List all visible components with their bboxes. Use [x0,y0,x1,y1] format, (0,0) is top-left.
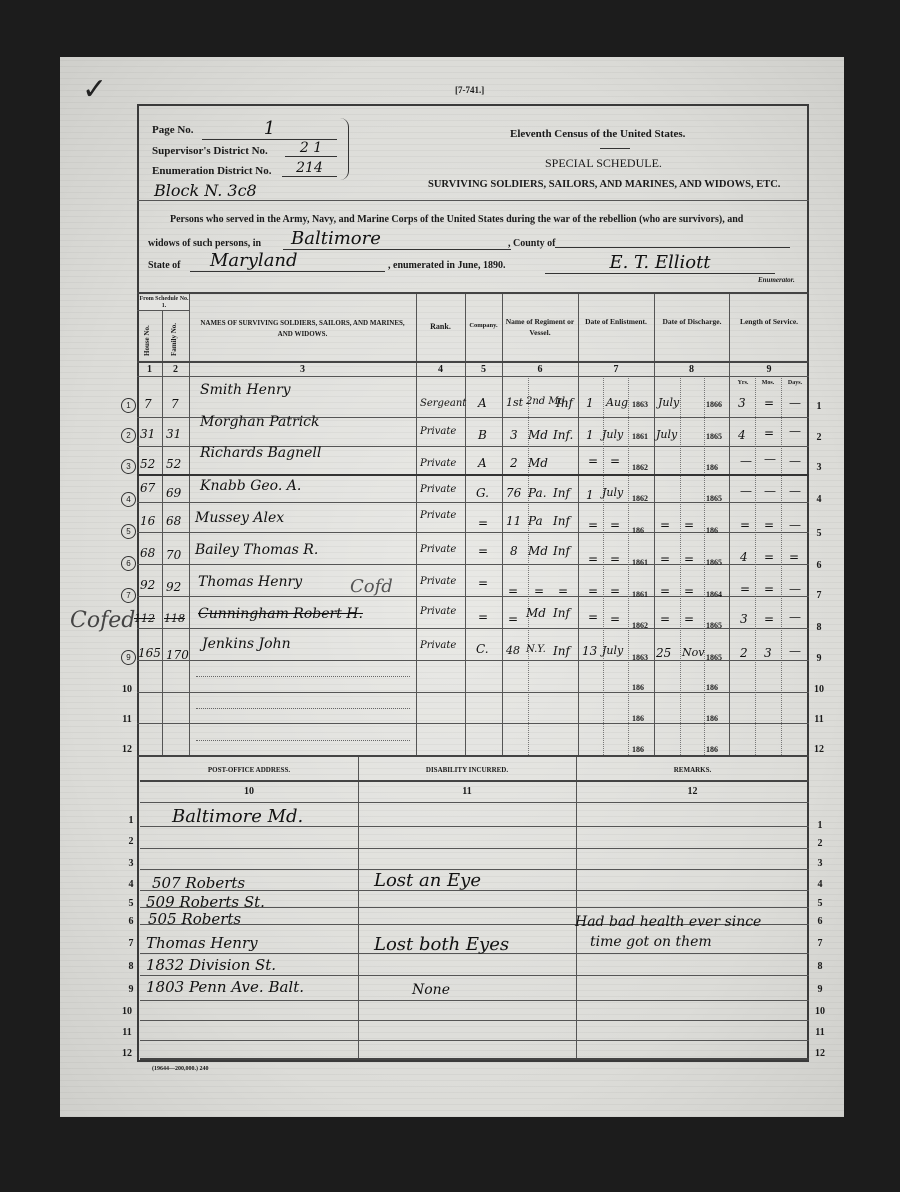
company: B [478,428,487,442]
regiment-no: 48 [506,644,520,657]
family-no: 69 [166,486,181,500]
line-number: 1 [812,401,826,412]
service-yrs: — [740,454,752,468]
col-number: 4 [416,364,465,375]
family-no: 7 [171,397,179,411]
regiment-state: = [534,584,544,598]
regiment-state: Md [528,544,548,558]
disability: Lost both Eyes [374,934,509,955]
regiment-state: Md [528,456,548,470]
line-number: 11 [812,714,826,725]
line-number: 6 [813,916,827,927]
regiment-state: Md [526,606,546,620]
line-number-left: 3 [124,858,138,869]
county-value [555,246,790,248]
enlist-day: 1 [586,396,594,410]
service-mos: = [764,582,774,596]
discharge-year: 186 [706,463,718,472]
discharge-year: 186 [706,526,718,535]
title-rule [600,148,630,149]
row-rule [140,1058,809,1060]
name-dotted-line [196,708,410,709]
line-circle: 7 [121,588,136,603]
enlist-day: = [588,552,598,566]
row-rule [137,723,809,724]
discharge-day: = [660,612,670,626]
service-yrs: = [740,582,750,596]
family-no: 92 [166,580,181,594]
service-days: — [789,518,801,532]
service-yrs: 3 [740,612,748,626]
regiment-type: Inf [553,486,570,500]
service-header: Length of Service. [736,316,802,327]
regiment-type: Inf [553,544,570,558]
enlist-day: 1 [586,488,594,502]
line-circle: 1 [121,398,136,413]
row-rule [137,474,809,476]
lower-row-rule [140,802,809,803]
enlist-year: 1863 [632,653,648,662]
service-mos: = [764,612,774,626]
regiment-type: Inf [553,606,570,620]
enlist-month: July [602,644,623,657]
name-dotted-line [196,676,410,677]
name-dotted-line [196,740,410,741]
col-number: 8 [654,364,729,375]
census-title: Eleventh Census of the United States. [510,128,685,140]
family-no-header: Family No. [170,323,178,356]
service-mos: — [764,452,776,466]
page-no-label: Page No. [152,124,194,136]
sub-divider [704,376,705,755]
house-no: 31 [140,427,155,441]
service-days: — [789,454,801,468]
col-number: 7 [578,364,654,375]
row-rule [140,975,809,976]
regiment-type: = [558,584,568,598]
row-rule [140,1000,809,1001]
names-header: NAMES OF SURVIVING SOLDIERS, SAILORS, AN… [200,318,405,340]
enlist-month: = [610,518,620,532]
disability-header: DISABILITY INCURRED. [358,766,576,774]
discharge-month: = [684,612,694,626]
service-yrs: = [740,518,750,532]
post-office-address: 1803 Penn Ave. Balt. [146,978,304,996]
company: C. [476,642,489,656]
intro-line-1: Persons who served in the Army, Navy, an… [170,214,743,225]
rank: Sergeant [420,398,466,409]
place-value: Baltimore [283,228,511,250]
soldier-name: Richards Bagnell [200,445,321,461]
remarks: Had bad health ever since [575,914,761,930]
days-header: Days. [781,380,809,386]
post-office-address: 505 Roberts [148,910,241,928]
discharge-year: 186 [706,745,718,754]
regiment-state: Md [528,428,548,442]
soldier-name: Smith Henry [200,382,291,398]
col-number: 2 [162,364,189,375]
company: = [478,576,488,590]
service-yrs: 2 [740,646,748,660]
line-number-left: 1 [124,815,138,826]
service-days: — [789,396,801,410]
house-no-header: House No. [143,325,151,356]
enlist-month: July [602,428,623,441]
house-no: 67 [140,481,155,495]
row-rule [140,1040,809,1041]
state-value: Maryland [190,250,385,272]
line-number: 7 [813,938,827,949]
service-mos: = [764,426,774,440]
divider [137,200,809,201]
disability: None [412,982,450,998]
header-bottom-rule [137,361,809,363]
company: = [478,544,488,558]
line-number: 9 [813,984,827,995]
address-header: POST-OFFICE ADDRESS. [140,766,358,774]
company: A [478,396,487,410]
soldier-name: Mussey Alex [195,510,284,526]
regiment-no: 2 [510,456,518,470]
row-rule [137,692,809,693]
rank: Private [420,544,456,555]
enlist-day: 13 [582,644,597,658]
remarks-header: REMARKS. [576,766,809,774]
discharge-month: July [656,428,677,441]
line-number-left: 6 [124,916,138,927]
sub-divider [680,376,681,755]
line-number: 10 [812,684,826,695]
line-number-left: 11 [120,714,134,725]
rank: Private [420,606,456,617]
schedule-subtitle: SPECIAL SCHEDULE. [545,156,662,171]
line-number: 9 [812,653,826,664]
house-no: 52 [140,457,155,471]
post-office-address: Thomas Henry [146,934,258,952]
mos-header: Mos. [755,380,781,386]
house-no: 7 [144,397,152,411]
enlist-day: = [588,610,598,624]
enlist-year: 1861 [632,558,648,567]
rank: Private [420,510,456,521]
service-days: — [789,424,801,438]
line-number: 1 [813,820,827,831]
regiment-header: Name of Regiment or Vessel. [502,316,578,338]
family-no: 31 [166,427,181,441]
enlist-month: = [610,454,620,468]
enumeration-district-label: Enumeration District No. [152,165,271,177]
service-yrs: — [740,484,752,498]
line-circle: 6 [121,556,136,571]
enlistment-header: Date of Enlistment. [585,316,647,327]
margin-note: Cofd [350,576,393,597]
regiment-type: Inf [556,396,573,410]
enlist-month: Aug [606,396,628,409]
discharge-year: 1866 [706,400,722,409]
regiment-no: 11 [506,514,521,528]
enlist-day: = [588,518,598,532]
family-no: 68 [166,514,181,528]
line-circle: 3 [121,459,136,474]
line-number-left: 8 [124,961,138,972]
block-note: Block N. 3c8 [154,181,257,200]
sub-divider [628,376,629,755]
service-yrs: 4 [740,550,748,564]
enlist-day: = [588,454,598,468]
soldier-name: Bailey Thomas R. [195,542,318,558]
soldier-name: Knabb Geo. A. [200,478,301,494]
enlist-year: 1862 [632,463,648,472]
soldier-name: Morghan Patrick [200,414,320,430]
line-number-left: 4 [124,879,138,890]
family-no: 118 [164,612,185,625]
line-number: 5 [813,898,827,909]
service-mos: 3 [764,646,772,660]
col-number: 1 [137,364,162,375]
line-circle: 4 [121,492,136,507]
line-number: 2 [813,838,827,849]
line-number-left: 12 [120,1048,134,1059]
line-number-left: 2 [124,836,138,847]
company: = [478,610,488,624]
enumerator-signature: E. T. Elliott [545,252,775,274]
row-rule [140,1020,809,1021]
intro-line-2-label: widows of such persons, in [148,238,261,249]
sub-divider [755,376,756,755]
enlist-month: = [610,584,620,598]
post-office-address: 509 Roberts St. [146,893,265,911]
footer-print-code: (19644—200,000.) 240 [152,1066,209,1072]
line-number: 11 [813,1027,827,1038]
house-no: 165 [138,646,161,660]
discharge-month: = [684,552,694,566]
rank: Private [420,458,456,469]
lower-header-rule [140,780,809,782]
enlist-year: 186 [632,683,644,692]
service-days: — [789,644,801,658]
soldier-name: Jenkins John [202,636,291,652]
regiment-no: 1st [506,396,523,409]
discharge-year: 1864 [706,590,722,599]
company: A [478,456,487,470]
soldier-name: Cunningham Robert H. [198,606,363,622]
line-number: 3 [812,462,826,473]
service-days: — [789,610,801,624]
family-no: 52 [166,457,181,471]
rank: Private [420,484,456,495]
service-days: — [789,582,801,596]
line-number: 3 [813,858,827,869]
line-number-left: 10 [120,684,134,695]
col-number: 6 [502,364,578,375]
col-number: 10 [140,786,358,797]
line-circle: 5 [121,524,136,539]
service-mos: — [764,484,776,498]
family-no: 170 [166,648,189,662]
company: = [478,516,488,530]
enlist-month: = [610,552,620,566]
yrs-header: Yrs. [731,380,755,386]
enlist-year: 1862 [632,494,648,503]
line-circle: 9 [121,650,136,665]
line-circle: 2 [121,428,136,443]
discharge-day: = [660,584,670,598]
enlist-year: 186 [632,714,644,723]
soldier-name: Thomas Henry [198,574,302,590]
enlist-year: 1863 [632,400,648,409]
service-days: = [789,550,799,564]
discharge-month: July [658,396,679,409]
house-no: 16 [140,514,155,528]
rank: Private [420,640,456,651]
regiment-no: 76 [506,486,521,500]
form-code: [7-741.] [455,85,484,95]
regiment-type: Inf [553,514,570,528]
regiment-no: = [508,612,518,626]
schedule-heading: SURVIVING SOLDIERS, SAILORS, AND MARINES… [428,179,780,190]
sub-divider [781,376,782,755]
discharge-day: = [660,518,670,532]
regiment-state: N.Y. [526,644,546,655]
service-days: — [789,484,801,498]
line-number-left: 7 [124,938,138,949]
enumerator-label: Enumerator. [758,276,795,284]
line-number-left: 10 [120,1006,134,1017]
col-number: 11 [358,786,576,797]
from-schedule-label: From Schedule No. 1. [139,296,189,310]
regiment-state: Pa [528,514,543,528]
house-no: 92 [140,578,155,592]
discharge-month: = [684,518,694,532]
discharge-year: 1865 [706,494,722,503]
enlist-month: = [610,612,620,626]
row-rule [137,755,809,757]
enlist-year: 186 [632,745,644,754]
regiment-type: Inf. [553,428,573,442]
enlist-day: 1 [586,428,594,442]
line-number: 8 [812,622,826,633]
regiment-no: 8 [510,544,518,558]
regiment-type: Inf [553,644,570,658]
col-number: 5 [465,364,502,375]
discharge-year: 1865 [706,621,722,630]
regiment-state: Pa. [528,486,547,500]
line-number: 4 [813,879,827,890]
rank: Private [420,576,456,587]
discharge-day: = [660,552,670,566]
post-office-address: 507 Roberts [152,874,245,892]
discharge-year: 1865 [706,558,722,567]
line-number: 5 [812,528,826,539]
enumeration-district-value: 214 [282,160,337,177]
remarks: time got on them [590,934,712,950]
enlist-year: 186 [632,526,644,535]
supervisor-district-value: 2 1 [285,140,337,157]
post-office-address: 1832 Division St. [146,956,276,974]
disability: Lost an Eye [374,870,481,891]
table-top-rule [137,292,809,294]
supervisor-district-label: Supervisor's District No. [152,145,268,157]
enlist-year: 1861 [632,432,648,441]
enlist-month: July [602,486,623,499]
discharge-year: 1865 [706,653,722,662]
enumerated-label: , enumerated in June, 1890. [388,260,506,271]
line-number-left: 12 [120,744,134,755]
rank: Private [420,426,456,437]
line-number: 7 [812,590,826,601]
line-number: 6 [812,560,826,571]
regiment-no: 3 [510,428,518,442]
line-number: 12 [812,744,826,755]
enlist-day: = [588,584,598,598]
house-no: 112 [134,612,155,625]
line-number: 8 [813,961,827,972]
line-number: 10 [813,1006,827,1017]
line-number-left: 11 [120,1027,134,1038]
service-mos: = [764,396,774,410]
house-no: 68 [140,546,155,560]
enlist-year: 1861 [632,590,648,599]
service-mos: = [764,518,774,532]
discharge-month: Nov [682,646,704,659]
col-number: 3 [189,364,416,375]
regiment-no: = [508,584,518,598]
discharge-year: 1865 [706,432,722,441]
post-office-address: Baltimore Md. [172,806,303,827]
col-number: 9 [729,364,809,375]
discharge-year: 186 [706,683,718,692]
row-rule [140,848,809,849]
discharge-year: 186 [706,714,718,723]
state-label: State of [148,260,181,271]
service-yrs: 4 [738,428,746,442]
company: G. [476,486,489,500]
service-yrs: 3 [738,396,746,410]
discharge-header: Date of Discharge. [661,316,723,327]
family-no: 70 [166,548,181,562]
col-number: 12 [576,786,809,797]
line-number: 12 [813,1048,827,1059]
line-number-left: 5 [124,898,138,909]
check-mark-icon: ✓ [82,72,107,107]
line-number: 2 [812,432,826,443]
col-number-rule [137,376,809,377]
service-mos: = [764,550,774,564]
line-number-left: 9 [124,984,138,995]
line-number: 4 [812,494,826,505]
enlist-year: 1862 [632,621,648,630]
discharge-day: 25 [656,646,671,660]
county-label: , County of [508,238,556,249]
bracket [340,118,349,180]
discharge-month: = [684,584,694,598]
company-header: Company. [465,322,502,329]
rank-header: Rank. [416,322,465,331]
margin-note-left: Cofed [70,608,135,633]
from-schedule-rule [137,310,189,311]
page-no-value: 1 [202,118,337,140]
